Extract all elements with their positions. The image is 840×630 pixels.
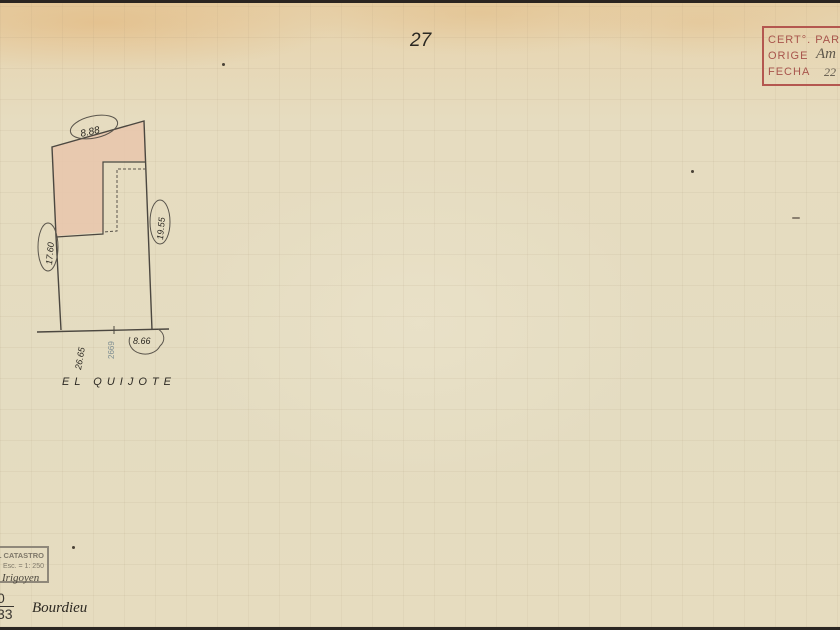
surveyor-signature: Bourdieu — [32, 600, 87, 617]
built-area-fill — [52, 121, 146, 236]
measure-bottom-ref: 2669 — [107, 341, 116, 359]
measure-bottom-right: 8.66 — [133, 336, 151, 346]
measure-left: 17.60 — [44, 242, 56, 265]
fraction-bar — [0, 606, 14, 607]
plan-sheet: 27 CERT°. PARC°. N ORIGE Am FECHA 22 8 — [0, 3, 840, 627]
bottom-number-1: 0 — [0, 590, 5, 606]
catastro-stamp: EL CATASTRO Esc. = 1: 250 Irigoyen — [0, 546, 49, 583]
measure-bottom-left: 26.65 — [73, 345, 87, 371]
parcel-drawing: 8.88 17.60 19.55 8.66 26.65 2669 — [0, 3, 840, 630]
street-line — [37, 329, 169, 332]
street-name-label: EL QUIJOTE — [62, 376, 176, 388]
catastro-stamp-scale: Esc. = 1: 250 — [0, 561, 47, 572]
catastro-stamp-signature: Irigoyen — [0, 573, 47, 584]
catastro-stamp-title: EL CATASTRO — [0, 550, 47, 561]
bottom-number-2: 33 — [0, 606, 13, 622]
dashed-boundary — [103, 169, 146, 232]
measure-right: 19.55 — [155, 216, 167, 240]
